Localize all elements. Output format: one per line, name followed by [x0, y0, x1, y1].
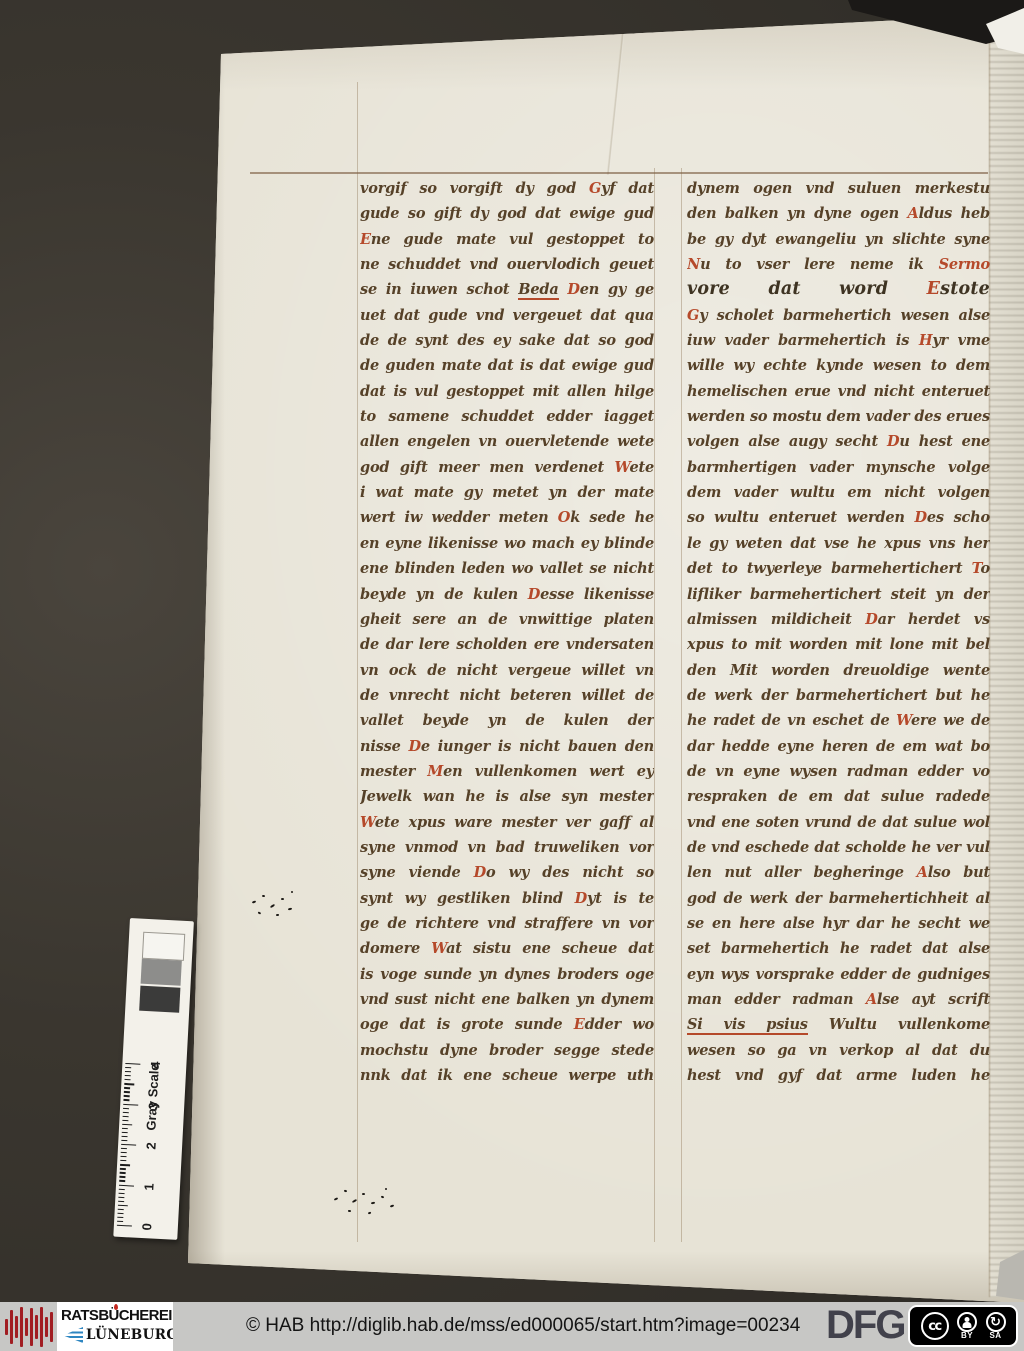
manuscript-line: vorgif so vorgift dy god Gyf dat	[360, 176, 654, 201]
manuscript-line: en eyne likenisse wo mach ey blinde	[360, 531, 654, 556]
manuscript-line: nnk dat ik ene scheue werpe uth	[360, 1063, 654, 1088]
manuscript-line: dat is vul gestoppet mit allen hilge	[360, 379, 654, 404]
manuscript-line: hemelischen erue vnd nicht enteruet	[687, 379, 990, 404]
manuscript-line: god de werk der barmehertichheit al	[687, 886, 990, 911]
ink-speck	[368, 1212, 371, 1214]
library-logo: RATSBÜCHEREI LÜNEBURG	[57, 1302, 173, 1351]
cc-by-person-icon	[957, 1312, 977, 1332]
copyright-text: © HAB http://diglib.hab.de/mss/ed000065/…	[246, 1315, 800, 1337]
manuscript-line: vallet beyde yn de kulen der vordome	[360, 708, 654, 733]
cc-sa-label: SA	[989, 1332, 1001, 1340]
manuscript-line: beyde yn de kulen Desse likenisse	[360, 582, 654, 607]
manuscript-line: vore dat word Estote misericordes	[687, 277, 990, 302]
ruler-tick	[124, 1079, 130, 1081]
manuscript-line: Ene gude mate vul gestoppet to same	[360, 227, 654, 252]
manuscript-line: volgen alse augy secht Du hest ene	[687, 429, 990, 454]
ruling-top-line	[250, 172, 988, 174]
manuscript-line: Gy scholet barmehertich wesen alse	[687, 303, 990, 328]
ruler-ticks: 01234	[114, 1046, 188, 1235]
ruler-tick	[120, 1168, 126, 1170]
ruler-tick	[121, 1152, 127, 1154]
gray-swatch-white	[142, 932, 185, 961]
ruler-tick	[120, 1172, 126, 1174]
manuscript-line: so wultu enteruet werden Des scho	[687, 505, 990, 530]
manuscript-line: dynem ogen vnd suluen merkestu nich	[687, 176, 990, 201]
manuscript-line: allen engelen vn ouervletende wete	[360, 429, 654, 454]
ruler-tick	[118, 1209, 124, 1211]
book-fore-edge	[989, 22, 1024, 1297]
dfg-logo: DFG	[826, 1303, 904, 1348]
manuscript-line: de guden mate dat is dat ewige gud	[360, 353, 654, 378]
manuscript-line: ene blinden leden wo vallet se nicht	[360, 556, 654, 581]
manuscript-line: Nu to vser lere neme ik Sermo	[687, 252, 990, 277]
manuscript-line: de vn eyne wysen radman edder vo	[687, 759, 990, 784]
ruler-tick	[119, 1180, 125, 1182]
cc-by-label: BY	[961, 1332, 973, 1340]
ruler-tick	[123, 1116, 129, 1118]
manuscript-line: ge de richtere vnd straffere vn vor	[360, 911, 654, 936]
ruler-tick	[120, 1160, 126, 1162]
manuscript-line: se en here alse hyr dar he secht we	[687, 911, 990, 936]
ink-speck	[281, 898, 284, 900]
manuscript-line: respraken de em dat sulue radede	[687, 784, 990, 809]
photo-canvas: vorgif so vorgift dy god Gyf datgude so …	[0, 0, 1024, 1351]
manuscript-line: den balken yn dyne ogen Aldus heb	[687, 201, 990, 226]
manuscript-line: lifliker barmehertichert steit yn der	[687, 582, 990, 607]
ruler-tick	[119, 1184, 134, 1186]
ink-speck	[252, 900, 256, 903]
ink-speck	[362, 1193, 365, 1195]
gray-swatch-mid	[141, 959, 182, 986]
manuscript-line: syne vnmod vn bad truweliken vor	[360, 835, 654, 860]
ruler-tick	[118, 1205, 128, 1207]
manuscript-line: eyn wys vorsprake edder de gudniges	[687, 962, 990, 987]
ruler-tick	[125, 1071, 131, 1073]
manuscript-line: de werk der barmehertichert but he	[687, 683, 990, 708]
ruler-tick	[125, 1067, 131, 1069]
gray-scale-card: Gray Scale 01234	[113, 918, 194, 1240]
manuscript-column-right: dynem ogen vnd suluen merkestu nichden b…	[687, 176, 990, 1088]
ink-speck	[291, 891, 293, 893]
ruler-tick	[120, 1156, 126, 1158]
ink-speck	[385, 1188, 387, 1190]
ruler-tick	[117, 1225, 132, 1227]
ruler-tick	[121, 1148, 127, 1150]
ruler-tick	[122, 1132, 128, 1134]
library-bars-icon	[5, 1307, 55, 1347]
manuscript-line: Wete xpus ware mester ver gaff al	[360, 810, 654, 835]
manuscript-line: mochstu dyne broder segge stede	[360, 1038, 654, 1063]
ink-speck	[258, 911, 261, 914]
ink-speck	[288, 908, 292, 911]
ruler-tick	[118, 1196, 124, 1198]
ruling-gutter-line-2	[681, 168, 682, 1242]
manuscript-line: is voge sunde yn dynes broders oge	[360, 962, 654, 987]
manuscript-line: uet dat gude vnd vergeuet dat qua	[360, 303, 654, 328]
manuscript-line: ne schuddet vnd ouervlodich geuet	[360, 252, 654, 277]
manuscript-line: werden so mostu dem vader des erues	[687, 404, 990, 429]
ruler-tick	[124, 1083, 134, 1085]
manuscript-line: wesen so ga vn verkop al dat du	[687, 1038, 990, 1063]
cc-sa-arrow-icon	[986, 1312, 1006, 1332]
manuscript-line: le gy weten dat vse he xpus vns her	[687, 531, 990, 556]
ruler-tick	[117, 1217, 123, 1219]
ruler-tick	[124, 1091, 130, 1093]
manuscript-line: de de synt des ey sake dat so god gift	[360, 328, 654, 353]
manuscript-line: vnd ene soten vrund de dat sulue wol	[687, 810, 990, 835]
ink-speck	[381, 1196, 385, 1199]
ruler-tick	[122, 1124, 132, 1126]
ruler-tick	[122, 1136, 128, 1138]
ruler-tick	[123, 1099, 129, 1101]
ruler-tick	[117, 1213, 123, 1215]
manuscript-line: god gift meer men verdenet Wete	[360, 455, 654, 480]
manuscript-line: Jewelk wan he is alse syn mester	[360, 784, 654, 809]
manuscript-line: domere Wat sistu ene scheue dat	[360, 936, 654, 961]
ink-speck	[344, 1190, 347, 1193]
manuscript-line: to samene schuddet edder iagget mit	[360, 404, 654, 429]
library-city: LÜNEBURG	[86, 1327, 173, 1343]
manuscript-line: set barmehertich he radet dat alse	[687, 936, 990, 961]
manuscript-line: man edder radman Alse ayt scrift	[687, 987, 990, 1012]
manuscript-line: xpus to mit worden mit lone mit bel	[687, 632, 990, 657]
manuscript-line: iuw vader barmehertich is Hyr vme	[687, 328, 990, 353]
manuscript-line: de vnd eschede dat scholde he ver vul	[687, 835, 990, 860]
ruler-tick	[124, 1095, 130, 1097]
ink-speck	[334, 1197, 338, 1201]
ruler-tick	[121, 1144, 136, 1146]
ruler-tick	[119, 1176, 125, 1178]
ruler-tick	[124, 1087, 130, 1089]
page-left-shadow	[185, 0, 225, 1351]
ruler-tick	[125, 1063, 140, 1065]
manuscript-line: be gy dyt ewangeliu yn slichte syne	[687, 227, 990, 252]
ruler-number: 0	[139, 1219, 155, 1234]
ruler-tick	[119, 1188, 125, 1190]
ink-speck	[270, 904, 275, 909]
ink-speck	[390, 1204, 394, 1207]
cc-license-badge: cc BY SA	[908, 1305, 1018, 1347]
manuscript-line: hest vnd gyf dat arme luden he	[687, 1063, 990, 1088]
ruler-tick	[122, 1128, 128, 1130]
ruler-tick	[122, 1120, 128, 1122]
ruler-tick	[120, 1164, 130, 1166]
lueneburg-wave-icon	[63, 1327, 83, 1343]
manuscript-line: len nut aller begheringe Also but	[687, 860, 990, 885]
ink-speck	[262, 895, 265, 897]
ruler-number: 4	[147, 1058, 163, 1073]
manuscript-line: mester Men vullenkomen wert ey	[360, 759, 654, 784]
manuscript-line: den Mit worden dreuoldige wente	[687, 658, 990, 683]
manuscript-line: dem vader wultu em nicht volgen	[687, 480, 990, 505]
ruler-tick	[123, 1111, 129, 1113]
manuscript-line: gheit sere an de vnwittige platen	[360, 607, 654, 632]
manuscript-line: wert iw wedder meten Ok sede he	[360, 505, 654, 530]
cc-icon: cc	[921, 1312, 949, 1340]
ruler-number: 3	[145, 1098, 161, 1113]
manuscript-column-left: vorgif so vorgift dy god Gyf datgude so …	[360, 176, 654, 1088]
ink-speck	[276, 914, 279, 916]
manuscript-line: de dar lere scholden ere vndersaten	[360, 632, 654, 657]
manuscript-line: barmhertigen vader mynsche volge	[687, 455, 990, 480]
ruling-left-line	[357, 82, 358, 1242]
ruler-tick	[123, 1107, 129, 1109]
ruling-gutter-line-1	[654, 168, 655, 1242]
footer-bar: RATSBÜCHEREI LÜNEBURG © HAB http://digli…	[0, 1302, 1024, 1351]
manuscript-line: gude so gift dy god dat ewige gud	[360, 201, 654, 226]
manuscript-line: i wat mate gy metet yn der mate	[360, 480, 654, 505]
manuscript-line: vn ock de nicht vergeue willet vn	[360, 658, 654, 683]
manuscript-line: synt wy gestliken blind Dyt is te	[360, 886, 654, 911]
manuscript-line: nisse De iunger is nicht bauen den	[360, 734, 654, 759]
manuscript-line: dar hedde eyne heren de em wat bo	[687, 734, 990, 759]
manuscript-line: de vnrecht nicht beteren willet de	[360, 683, 654, 708]
ruler-tick	[125, 1075, 131, 1077]
ruler-number: 1	[141, 1179, 157, 1194]
ruler-tick	[121, 1140, 127, 1142]
ruler-tick	[119, 1192, 125, 1194]
ink-speck	[348, 1210, 351, 1212]
manuscript-line: det to twyerleye barmehertichert To	[687, 556, 990, 581]
flame-icon	[114, 1304, 118, 1310]
ruler-tick	[117, 1221, 123, 1223]
ruler-tick	[123, 1103, 138, 1105]
ruler-tick	[118, 1200, 124, 1202]
ruler-number: 2	[143, 1139, 159, 1154]
ink-speck	[371, 1202, 375, 1205]
manuscript-line: wille wy echte kynde wesen to dem	[687, 353, 990, 378]
manuscript-line: oge dat is grote sunde Edder wo	[360, 1012, 654, 1037]
manuscript-line: se in iuwen schot Beda Den gy ge	[360, 277, 654, 302]
manuscript-line: Si vis psius Wultu vullenkome	[687, 1012, 990, 1037]
manuscript-line: vnd sust nicht ene balken yn dynem	[360, 987, 654, 1012]
manuscript-line: syne viende Do wy des nicht so	[360, 860, 654, 885]
manuscript-line: almissen mildicheit Dar herdet vs	[687, 607, 990, 632]
manuscript-line: he radet de vn eschet de Were we de	[687, 708, 990, 733]
